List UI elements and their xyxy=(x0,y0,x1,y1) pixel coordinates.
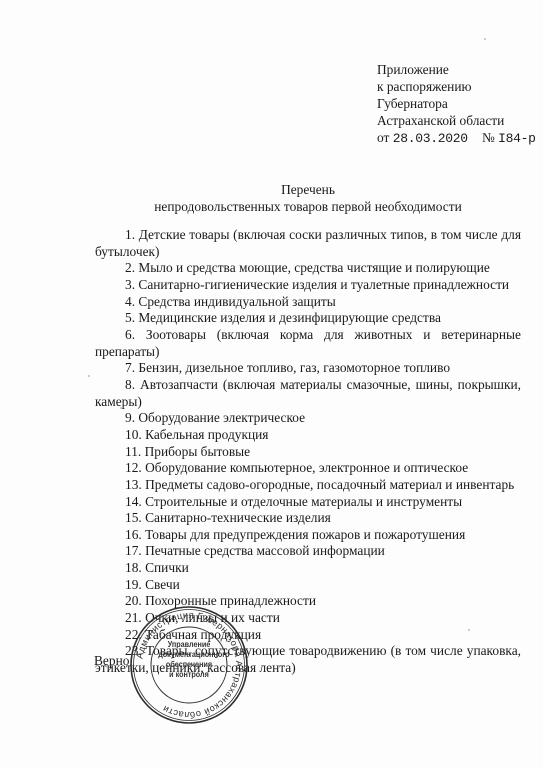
attachment-line: Астраханской области xyxy=(377,112,536,129)
list-item: 3. Санитарно-гигиенические изделия и туа… xyxy=(95,277,521,294)
scan-speck xyxy=(120,407,122,409)
list-item: 16. Товары для предупреждения пожаров и … xyxy=(95,527,521,544)
document-title: Перечень непродовольственных товаров пер… xyxy=(95,181,521,215)
ref-number: I84-р xyxy=(498,131,536,146)
scan-speck xyxy=(484,38,486,40)
ref-number-sign: № xyxy=(482,130,495,145)
list-item: 14. Строительные и отделочные материалы … xyxy=(95,494,521,511)
list-item: 9. Оборудование электрическое xyxy=(95,410,521,427)
attachment-line: Губернатора xyxy=(377,95,536,112)
stamp-center-text: Управление документационного обеспечения… xyxy=(158,640,220,680)
stamp-line: Управление xyxy=(158,640,220,650)
list-item: 2. Мыло и средства моющие, средства чист… xyxy=(95,260,521,277)
attachment-line: Приложение xyxy=(377,61,536,78)
list-item: 11. Приборы бытовые xyxy=(95,444,521,461)
list-item: 12. Оборудование компьютерное, электронн… xyxy=(95,460,521,477)
scan-speck xyxy=(468,629,470,631)
list-item: 18. Спички xyxy=(95,560,521,577)
list-item: 13. Предметы садово-огородные, посадочны… xyxy=(95,477,521,494)
scan-speck xyxy=(88,375,90,377)
attachment-header: Приложение к распоряжению Губернатора Ас… xyxy=(377,61,536,147)
list-item: 5. Медицинские изделия и дезинфицирующие… xyxy=(95,310,521,327)
document-reference: от 28.03.2020 № I84-р xyxy=(377,129,536,147)
list-item: 7. Бензин, дизельное топливо, газ, газом… xyxy=(95,360,521,377)
attachment-line: к распоряжению xyxy=(377,78,536,95)
title-line-2: непродовольственных товаров первой необх… xyxy=(95,198,521,215)
list-item: 15. Санитарно-технические изделия xyxy=(95,510,521,527)
ref-prefix: от xyxy=(377,130,389,145)
list-item: 10. Кабельная продукция xyxy=(95,427,521,444)
title-line-1: Перечень xyxy=(95,181,521,198)
list-item: 1. Детские товары (включая соски различн… xyxy=(95,227,521,260)
list-item: 6. Зоотовары (включая корма для животных… xyxy=(95,327,521,360)
list-item: 8. Автозапчасти (включая материалы смазо… xyxy=(95,377,521,410)
list-item: 19. Свечи xyxy=(95,577,521,594)
stamp-line: и контроля xyxy=(158,670,220,680)
document-page: Приложение к распоряжению Губернатора Ас… xyxy=(0,0,543,768)
list-item: 4. Средства индивидуальной защиты xyxy=(95,294,521,311)
ref-date: 28.03.2020 xyxy=(393,131,468,146)
stamp-line: документационного xyxy=(158,650,220,660)
stamp-line: обеспечения xyxy=(158,660,220,670)
certification-label: Верно xyxy=(94,652,129,669)
list-item: 17. Печатные средства массовой информаци… xyxy=(95,543,521,560)
official-stamp: Администрация Губернатора Астраханской о… xyxy=(128,604,250,726)
